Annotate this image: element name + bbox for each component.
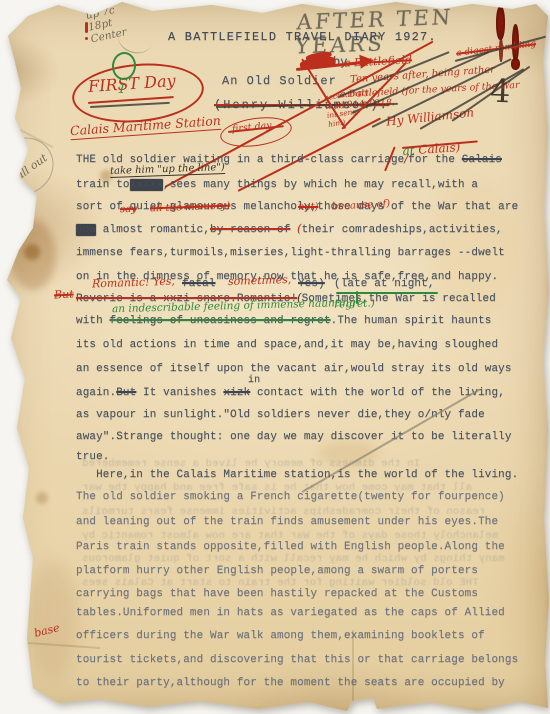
line11-struck-xizk: xizk xyxy=(223,387,250,399)
line11-struck-but: But xyxy=(116,387,136,399)
stain xyxy=(36,492,48,504)
body-line-8: with feelings of uneasiness and regret.T… xyxy=(76,314,491,328)
red-edit-romantic-yes: Romantic! Yes, xyxy=(92,275,175,291)
body-line-13: away".Strange thought: one day we may di… xyxy=(76,430,512,444)
crease-line xyxy=(0,118,53,147)
day-number: 1 xyxy=(117,82,127,98)
line8-with: with xyxy=(76,315,110,327)
typed-edit-yes-struck: Yes) xyxy=(298,277,325,291)
bleed-through-text: all that may come how that he is safe fr… xyxy=(82,482,472,494)
line8-rest: .The human spirit haunts xyxy=(331,315,492,327)
line2-cont: ,sees many things by which he may recall… xyxy=(163,179,478,191)
body-line-21: tables.Uniformed men in hats as variegat… xyxy=(76,606,505,620)
line4-blotted-word: now xyxy=(76,224,96,236)
red-arrow-head xyxy=(359,53,374,68)
stain xyxy=(28,560,78,680)
stain xyxy=(10,220,56,290)
base-note: base xyxy=(33,621,61,640)
body-line-1: THE old soldier waiting in a third-class… xyxy=(76,152,502,167)
body-line-4: now almost romantic,by reason of (their … xyxy=(76,222,503,237)
paper-wrap: up 7c 18pt Center AFTER TEN YEARS 4 Ital… xyxy=(0,0,550,714)
body-line-19: platform hurry other English people,amon… xyxy=(76,564,478,578)
line1-cont: for the xyxy=(408,154,462,166)
line1-main: THE old soldier waiting in a third-class… xyxy=(76,154,404,166)
body-line-5: immense fears,turmoils,miseries,light-th… xyxy=(76,246,505,260)
red-edge-mark xyxy=(1,62,7,76)
bleed-through-text: melancholy those days of the War that ar… xyxy=(82,530,498,542)
body-line-23: tourist tickets,and discovering that thi… xyxy=(76,653,518,667)
body-line-10: an essence of itself upon the vacant air… xyxy=(76,362,512,376)
bleed-through-text: reason of their comradeships activities … xyxy=(82,506,485,518)
page-title: A BATTLEFIELD TRAVEL DIARY 1927. xyxy=(168,30,437,44)
line4-rest: their comradeships,activities, xyxy=(302,224,503,236)
stain xyxy=(24,244,40,260)
base-note-paren: ( xyxy=(13,613,31,648)
line11-again: again. xyxy=(76,387,116,399)
line8-struck-green: feelings of uneasiness and regret xyxy=(110,315,331,327)
line7-rest: the War is recalled xyxy=(369,293,496,305)
line4-struck-by-reason: by reason of xyxy=(210,224,290,236)
pencil-ital-circle xyxy=(0,127,64,205)
red-edit-sometimes: sometimes, xyxy=(228,273,292,288)
scanned-manuscript-page: up 7c 18pt Center AFTER TEN YEARS 4 Ital… xyxy=(0,0,550,714)
red-note-williamson: Hy Williamson xyxy=(386,105,475,128)
line2-blotted-word: xxxxx xyxy=(130,179,164,191)
paper-sheet: up 7c 18pt Center AFTER TEN YEARS 4 Ital… xyxy=(0,0,550,714)
red-edit-say: say xyxy=(120,204,137,216)
body-line-2: train toxxxxx,sees many things by which … xyxy=(76,178,478,192)
body-line-18: Paris train stands opposite,filled with … xyxy=(76,540,505,554)
bleed-through-text: In the dimness of memory he lived a sens… xyxy=(82,458,420,470)
typed-edit-late-at-night: (late at night, xyxy=(334,277,435,291)
green-edit-regret: regret.) xyxy=(334,297,375,310)
line4-cont: almost romantic, xyxy=(96,224,210,236)
typed-edit-fatal-struck: fatal xyxy=(182,277,216,291)
body-line-15: Here,in the Calais Maritime station,is t… xyxy=(76,468,518,482)
red-margin-but: But xyxy=(54,287,74,301)
line1-struck-calais: Calais xyxy=(462,154,502,166)
body-line-11: again.But It vanishes xizk contact with … xyxy=(76,386,505,400)
bleed-through-text: many things by which he may recall with … xyxy=(82,553,505,565)
red-edge-mark xyxy=(2,30,8,52)
bleed-through-text: THE old soldier waiting for the train to… xyxy=(82,577,479,589)
red-exclamation-dot xyxy=(85,37,88,40)
line11-cont: It vanishes xyxy=(136,387,223,399)
body-line-24: to their party,although for the moment t… xyxy=(76,676,505,690)
body-line-22: officers during the War walk among them,… xyxy=(76,629,485,643)
body-line-9: its old actions in time and space,and,it… xyxy=(76,338,498,352)
body-line-20: carrying bags that have been hastily rep… xyxy=(76,587,478,601)
red-edit-not: not) xyxy=(298,202,318,213)
line2-main: train to xyxy=(76,179,130,191)
